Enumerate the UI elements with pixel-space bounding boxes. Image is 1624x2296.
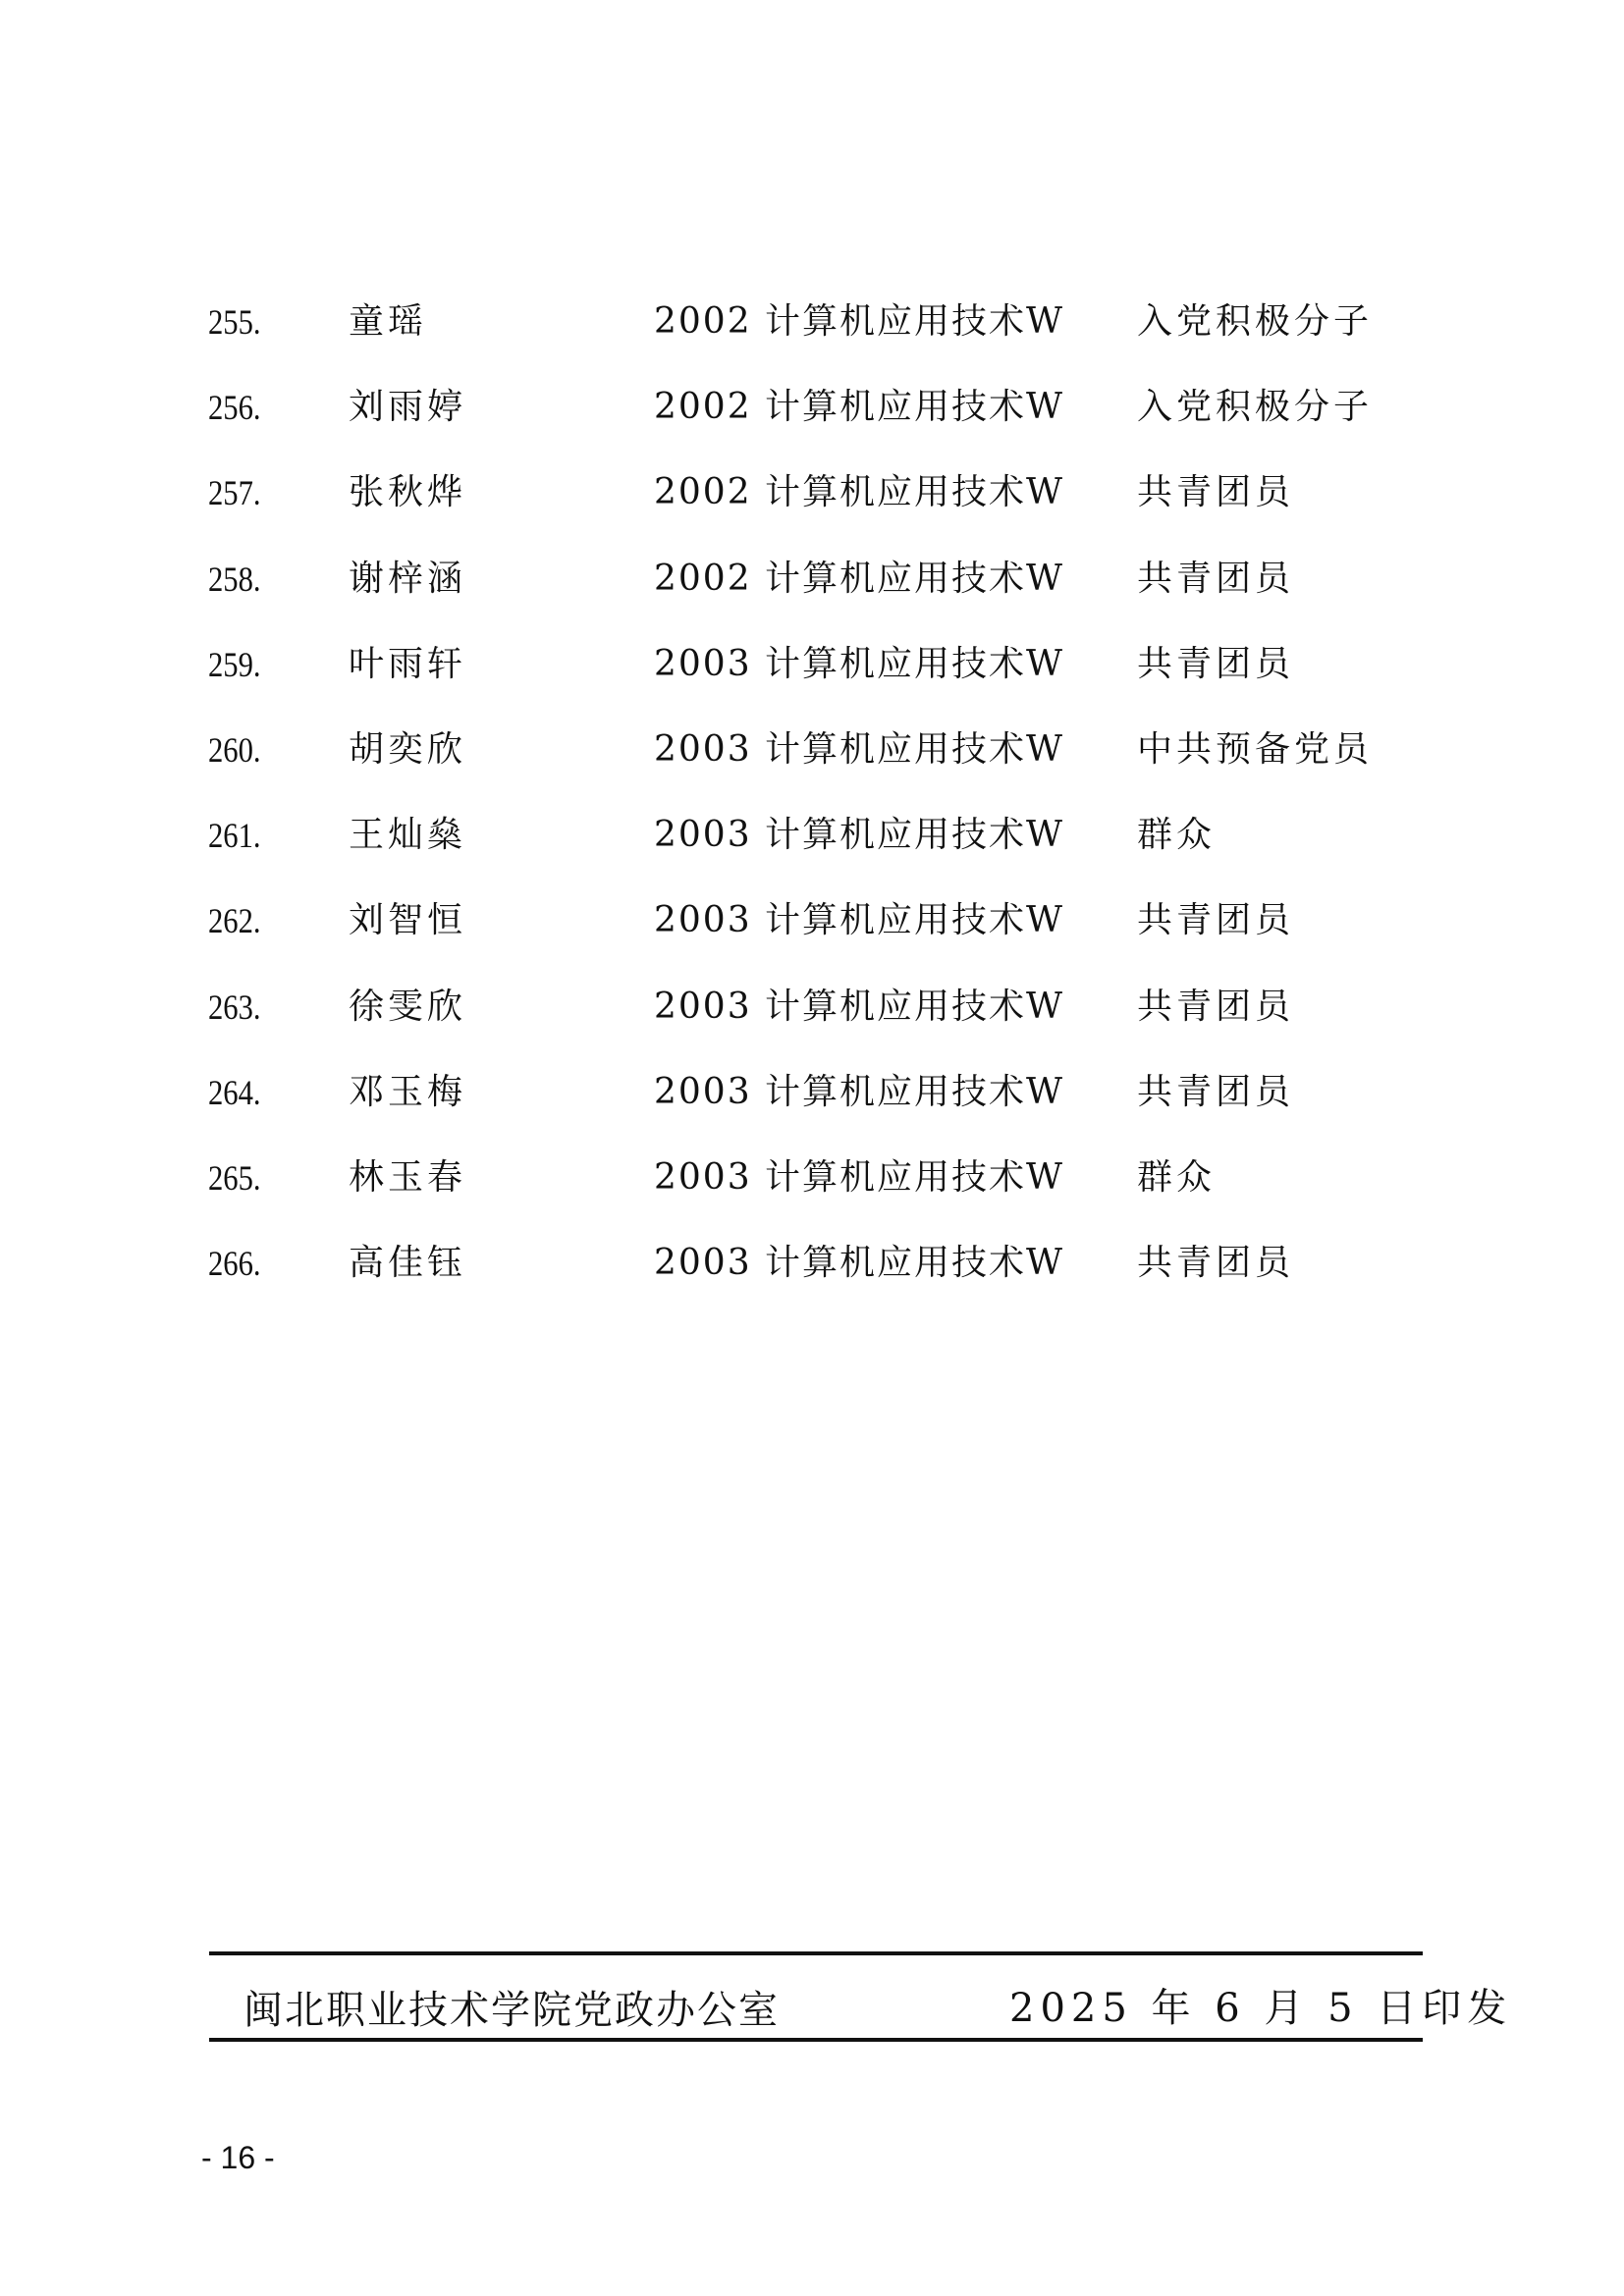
footer-bottom-rule	[209, 2038, 1423, 2042]
political-status: 共青团员	[1137, 1063, 1294, 1122]
page-number: - 16 -	[201, 2138, 275, 2177]
political-status: 中共预备党员	[1137, 721, 1373, 779]
table-row: 259.叶雨轩2003 计算机应用技术W共青团员	[0, 635, 1624, 694]
political-status: 共青团员	[1137, 1234, 1294, 1293]
table-row: 262.刘智恒2003 计算机应用技术W共青团员	[0, 891, 1624, 950]
table-row: 266.高佳钰2003 计算机应用技术W共青团员	[0, 1234, 1624, 1293]
class-name: 2003 计算机应用技术W	[654, 891, 1064, 950]
row-number: 258.	[208, 550, 261, 609]
table-row: 265.林玉春2003 计算机应用技术W群众	[0, 1148, 1624, 1207]
political-status: 群众	[1137, 1148, 1216, 1207]
row-number: 255.	[208, 293, 261, 351]
table-row: 256.刘雨婷2002 计算机应用技术W入党积极分子	[0, 378, 1624, 437]
political-status: 入党积极分子	[1137, 293, 1373, 351]
row-number: 261.	[208, 806, 261, 865]
student-name: 刘雨婷	[349, 378, 466, 437]
student-name: 徐雯欣	[349, 978, 466, 1037]
table-row: 263.徐雯欣2003 计算机应用技术W共青团员	[0, 978, 1624, 1037]
student-name: 刘智恒	[349, 891, 466, 950]
class-name: 2002 计算机应用技术W	[654, 550, 1064, 609]
class-name: 2002 计算机应用技术W	[654, 378, 1064, 437]
student-name: 王灿燊	[349, 806, 466, 865]
table-row: 264.邓玉梅2003 计算机应用技术W共青团员	[0, 1063, 1624, 1122]
political-status: 入党积极分子	[1137, 378, 1373, 437]
row-number: 262.	[208, 891, 261, 950]
student-name: 胡奕欣	[349, 721, 466, 779]
political-status: 共青团员	[1137, 463, 1294, 522]
row-number: 265.	[208, 1148, 261, 1207]
class-name: 2003 计算机应用技术W	[654, 721, 1064, 779]
class-name: 2002 计算机应用技术W	[654, 463, 1064, 522]
political-status: 共青团员	[1137, 635, 1294, 694]
student-name: 邓玉梅	[349, 1063, 466, 1122]
class-name: 2003 计算机应用技术W	[654, 1148, 1064, 1207]
class-name: 2003 计算机应用技术W	[654, 806, 1064, 865]
table-row: 257.张秋烨2002 计算机应用技术W共青团员	[0, 463, 1624, 522]
political-status: 共青团员	[1137, 550, 1294, 609]
row-number: 266.	[208, 1234, 261, 1293]
issuer-name: 闽北职业技术学院党政办公室	[244, 1983, 780, 2038]
political-status: 群众	[1137, 806, 1216, 865]
footer-top-rule	[209, 1951, 1423, 1955]
row-number: 256.	[208, 378, 261, 437]
table-row: 258.谢梓涵2002 计算机应用技术W共青团员	[0, 550, 1624, 609]
student-name: 张秋烨	[349, 463, 466, 522]
political-status: 共青团员	[1137, 891, 1294, 950]
class-name: 2003 计算机应用技术W	[654, 1234, 1064, 1293]
student-name: 叶雨轩	[349, 635, 466, 694]
student-name: 谢梓涵	[349, 550, 466, 609]
class-name: 2003 计算机应用技术W	[654, 1063, 1064, 1122]
row-number: 264.	[208, 1063, 261, 1122]
issue-date: 2025 年 6 月 5 日印发	[1009, 1981, 1512, 2036]
row-number: 260.	[208, 721, 261, 779]
table-row: 261.王灿燊2003 计算机应用技术W群众	[0, 806, 1624, 865]
political-status: 共青团员	[1137, 978, 1294, 1037]
class-name: 2003 计算机应用技术W	[654, 978, 1064, 1037]
student-name: 林玉春	[349, 1148, 466, 1207]
class-name: 2002 计算机应用技术W	[654, 293, 1064, 351]
row-number: 263.	[208, 978, 261, 1037]
class-name: 2003 计算机应用技术W	[654, 635, 1064, 694]
student-name: 童瑶	[349, 293, 427, 351]
student-name: 高佳钰	[349, 1234, 466, 1293]
row-number: 259.	[208, 635, 261, 694]
table-row: 260.胡奕欣2003 计算机应用技术W中共预备党员	[0, 721, 1624, 779]
row-number: 257.	[208, 463, 261, 522]
table-row: 255.童瑶2002 计算机应用技术W入党积极分子	[0, 293, 1624, 351]
